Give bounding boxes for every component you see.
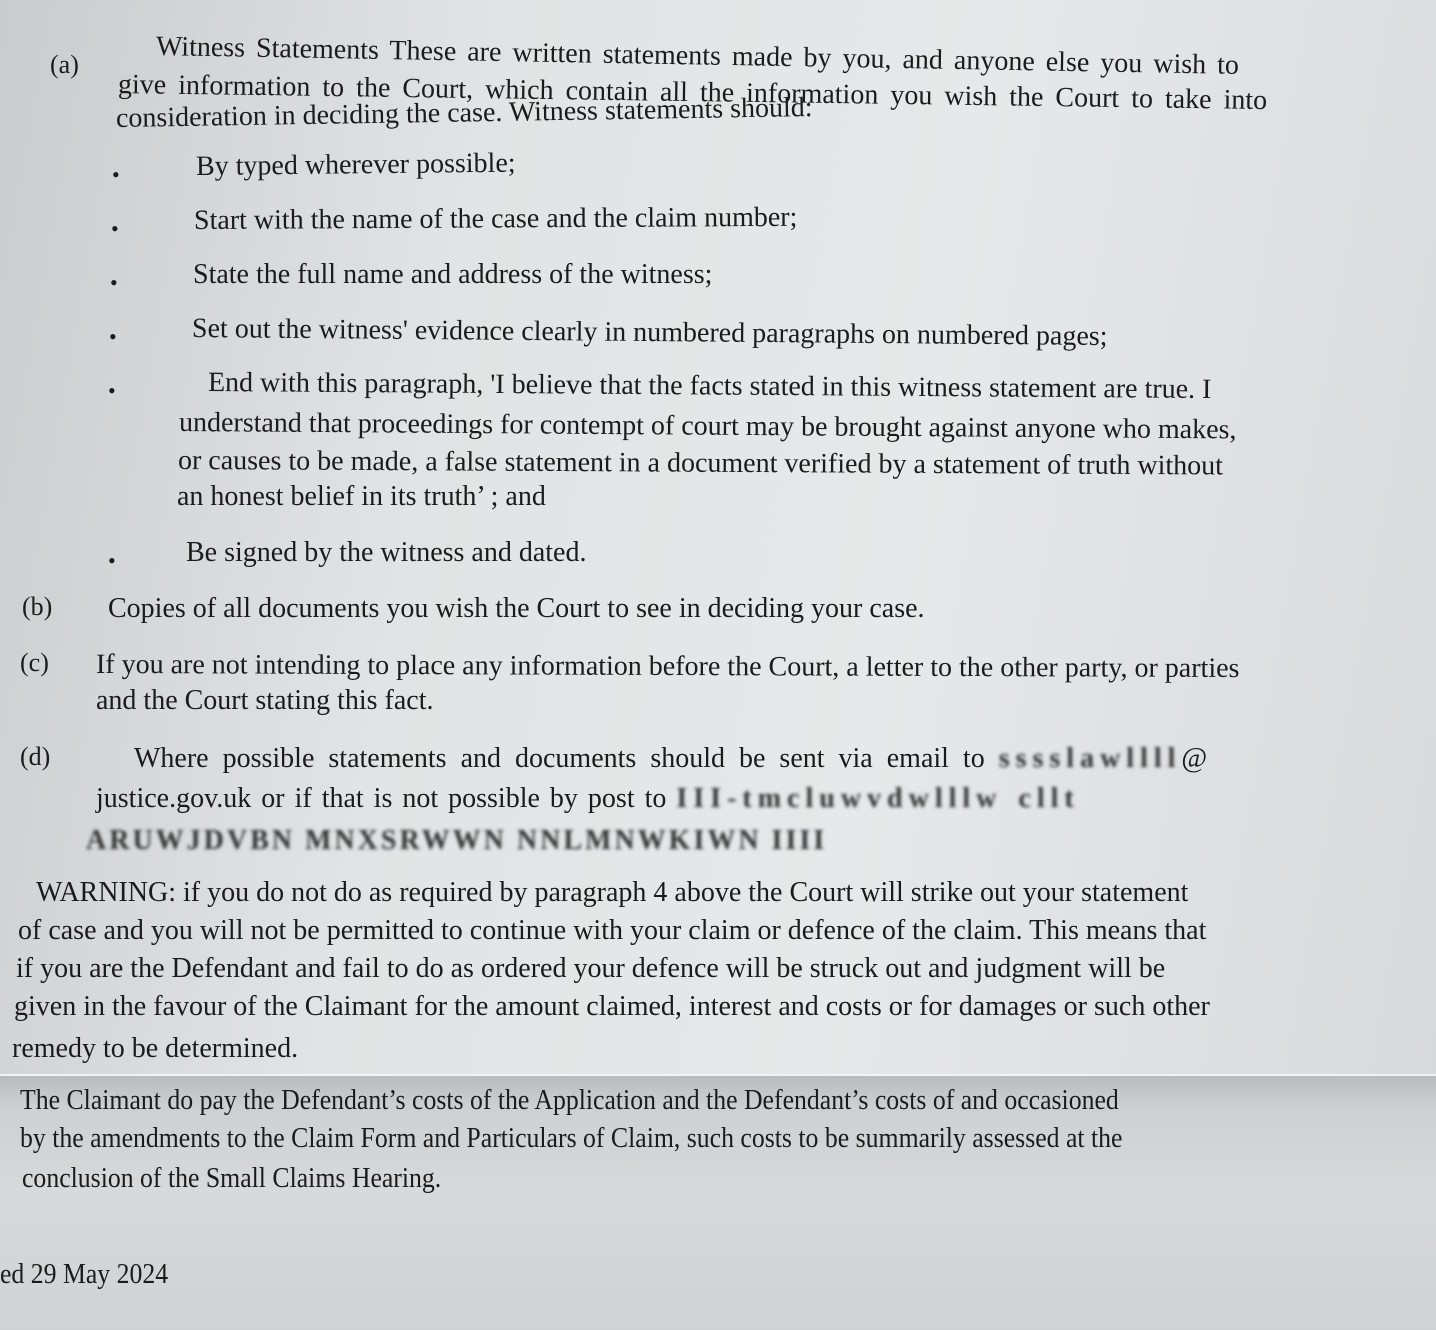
bullet-icon: • — [108, 548, 116, 574]
item-b-label: (b) — [22, 592, 52, 622]
bullet-text: State the full name and address of the w… — [193, 256, 712, 294]
warning-text: WARNING: if you do not do as required by… — [36, 874, 1188, 912]
redacted-address-line: ARUWJDVBN MNXSRWWN NNLMNWKIWN IIII — [86, 822, 827, 860]
bullet-text: an honest belief in its truth’ ; and — [177, 478, 546, 516]
item-c-label: (c) — [20, 648, 49, 678]
redacted-address: ARUWJDVBN MNXSRWWN NNLMNWKIWN IIII — [86, 822, 827, 860]
warning-text: remedy to be determined. — [12, 1030, 298, 1068]
item-a-label: (a) — [50, 50, 79, 80]
redacted-address: III-tmcluwvdwlllw cllt — [676, 780, 1079, 818]
item-d-text: Where possible statements and documents … — [134, 740, 1207, 778]
bullet-text: Set out the witness' evidence clearly in… — [192, 310, 1108, 356]
warning-text: of case and you will not be permitted to… — [18, 912, 1206, 950]
item-c-text: and the Court stating this fact. — [96, 682, 434, 720]
costs-order-text: by the amendments to the Claim Form and … — [20, 1120, 1122, 1158]
item-d-label: (d) — [20, 742, 50, 772]
bullet-text: End with this paragraph, 'I believe that… — [208, 364, 1212, 409]
email-at-sign: @ — [1181, 743, 1207, 774]
bullet-icon: • — [109, 324, 117, 350]
bullet-text: Start with the name of the case and the … — [194, 199, 798, 240]
bullet-icon: • — [112, 162, 120, 188]
bullet-icon: • — [108, 378, 116, 404]
bullet-text: By typed wherever possible; — [196, 145, 516, 186]
bullet-icon: • — [111, 216, 119, 242]
item-d-line1: Where possible statements and documents … — [134, 743, 985, 774]
item-d-text: justice.gov.uk or if that is not possibl… — [96, 780, 1080, 818]
dated-text: ed 29 May 2024 — [0, 1256, 168, 1294]
bullet-icon: • — [110, 270, 118, 296]
item-b-text: Copies of all documents you wish the Cou… — [108, 590, 925, 628]
warning-text: given in the favour of the Claimant for … — [14, 988, 1210, 1026]
bullet-text: Be signed by the witness and dated. — [186, 534, 586, 572]
redacted-email: sssslawllll — [999, 740, 1182, 778]
warning-text: if you are the Defendant and fail to do … — [16, 950, 1165, 988]
item-d-line2: justice.gov.uk or if that is not possibl… — [96, 783, 666, 814]
court-order-page: (a) Witness Statements These are written… — [0, 0, 1436, 1330]
costs-order-text: conclusion of the Small Claims Hearing. — [22, 1160, 441, 1198]
costs-order-text: The Claimant do pay the Defendant’s cost… — [20, 1082, 1119, 1120]
